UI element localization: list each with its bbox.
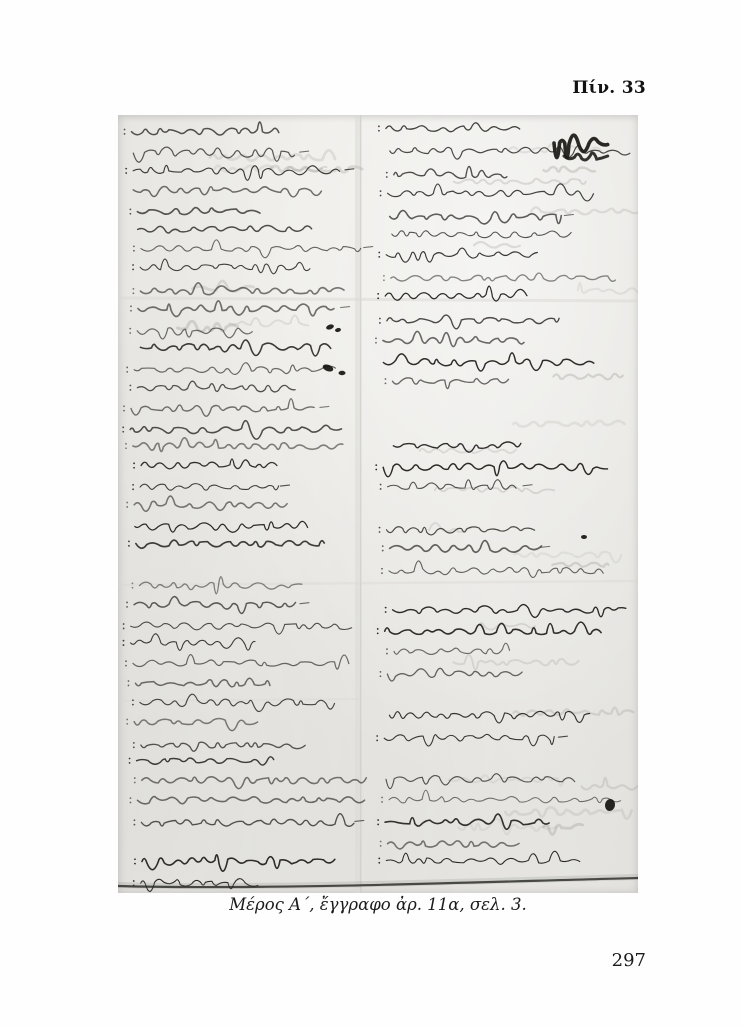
book-page: Πίν. 33 Μέρος Α΄, ἔγγραφο ἀρ. 11α, σελ. …	[0, 0, 743, 1027]
manuscript-handwriting-svg	[118, 115, 638, 893]
plate-label: Πίν. 33	[572, 78, 646, 98]
figure-caption: Μέρος Α΄, ἔγγραφο ἀρ. 11α, σελ. 3.	[118, 895, 638, 914]
page-number: 297	[612, 950, 646, 971]
manuscript-photo	[118, 115, 638, 893]
